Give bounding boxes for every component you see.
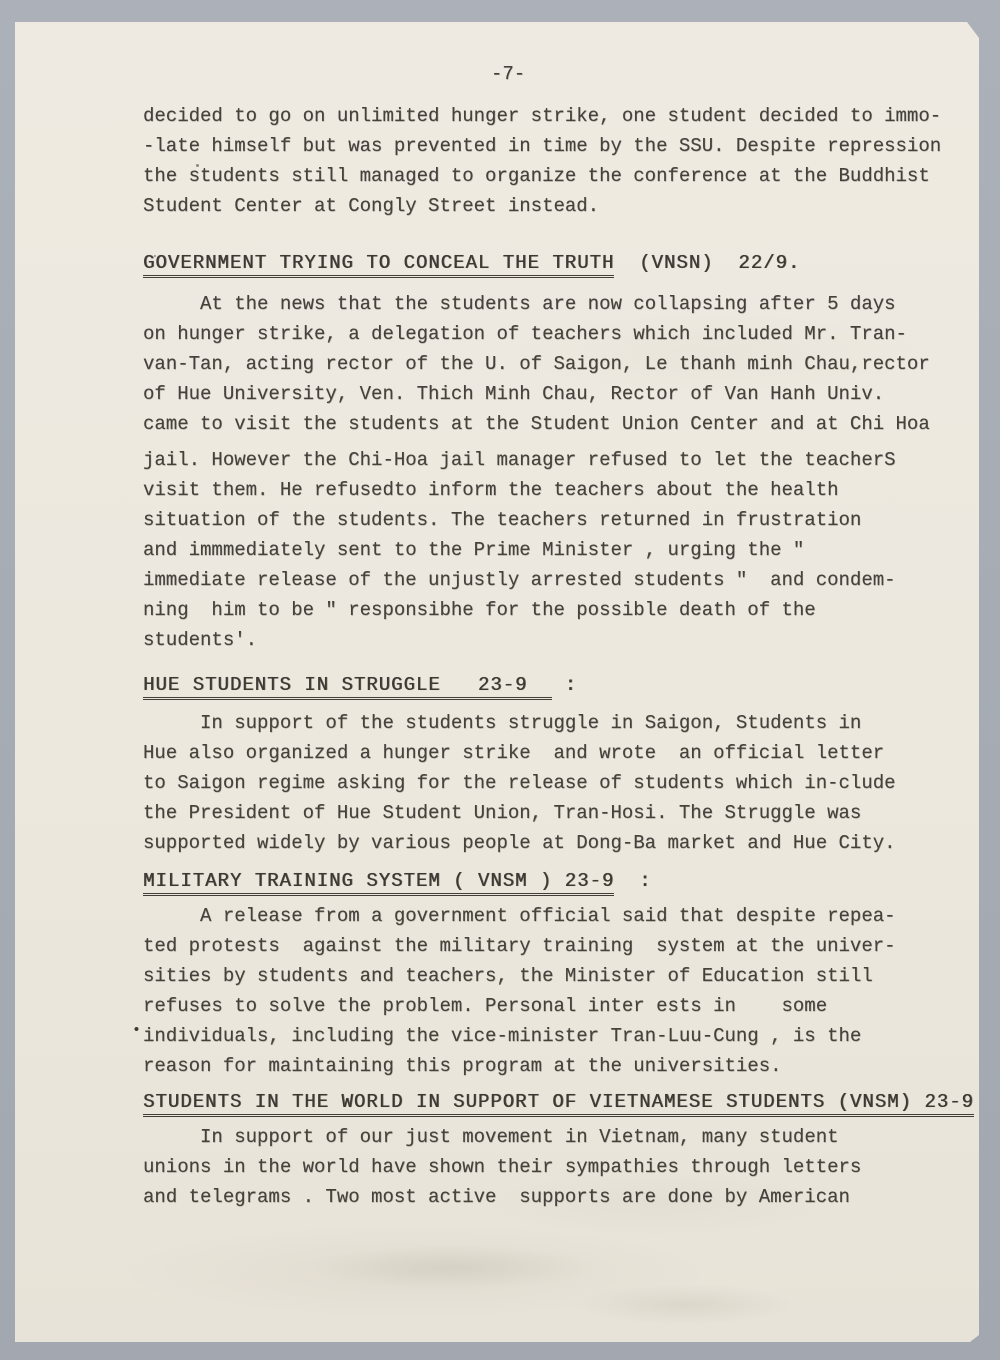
heading-trailing-text: : [614,870,651,892]
paragraph-world-students-support: In support of our just movement in Vietn… [143,1122,979,1212]
heading-trailing-text: : [552,674,577,696]
section-heading-government-conceal-truth: GOVERNMENT TRYING TO CONCEAL THE TRUTH (… [143,251,979,275]
paragraph-government-2: jail. However the Chi-Hoa jail manager r… [143,445,979,655]
page-text-column: -7- decided to go on unlimited hunger st… [143,62,979,1212]
heading-trailing-text: (VNSN) 22/9. [614,252,800,274]
section-heading-world-students-support: STUDENTS IN THE WORLD IN SUPPORT OF VIET… [143,1090,979,1114]
page-number: -7- [491,62,979,86]
margin-bullet-mark: • [132,1022,141,1039]
heading-underlined-text: STUDENTS IN THE WORLD IN SUPPORT OF VIET… [143,1091,974,1117]
scanned-page: • -7- decided to go on unlimited hunger … [15,22,979,1342]
heading-underlined-text: HUE STUDENTS IN STRUGGLE 23-9 [143,674,552,700]
paragraph-hue-students: In support of the students struggle in S… [143,708,979,858]
paragraph-government-1: At the news that the students are now co… [143,289,979,439]
heading-underlined-text: GOVERNMENT TRYING TO CONCEAL THE TRUTH [143,252,614,278]
paragraph-intro: decided to go on unlimited hunger strike… [143,101,979,221]
section-heading-military-training: MILITARY TRAINING SYSTEM ( VNSM ) 23-9 : [143,869,979,893]
heading-underlined-text: MILITARY TRAINING SYSTEM ( VNSM ) 23-9 [143,870,614,896]
paragraph-military-training: A release from a government official sai… [143,901,979,1081]
bleedthrough-smudge [535,1277,835,1332]
section-heading-hue-students: HUE STUDENTS IN STRUGGLE 23-9 : [143,673,979,697]
